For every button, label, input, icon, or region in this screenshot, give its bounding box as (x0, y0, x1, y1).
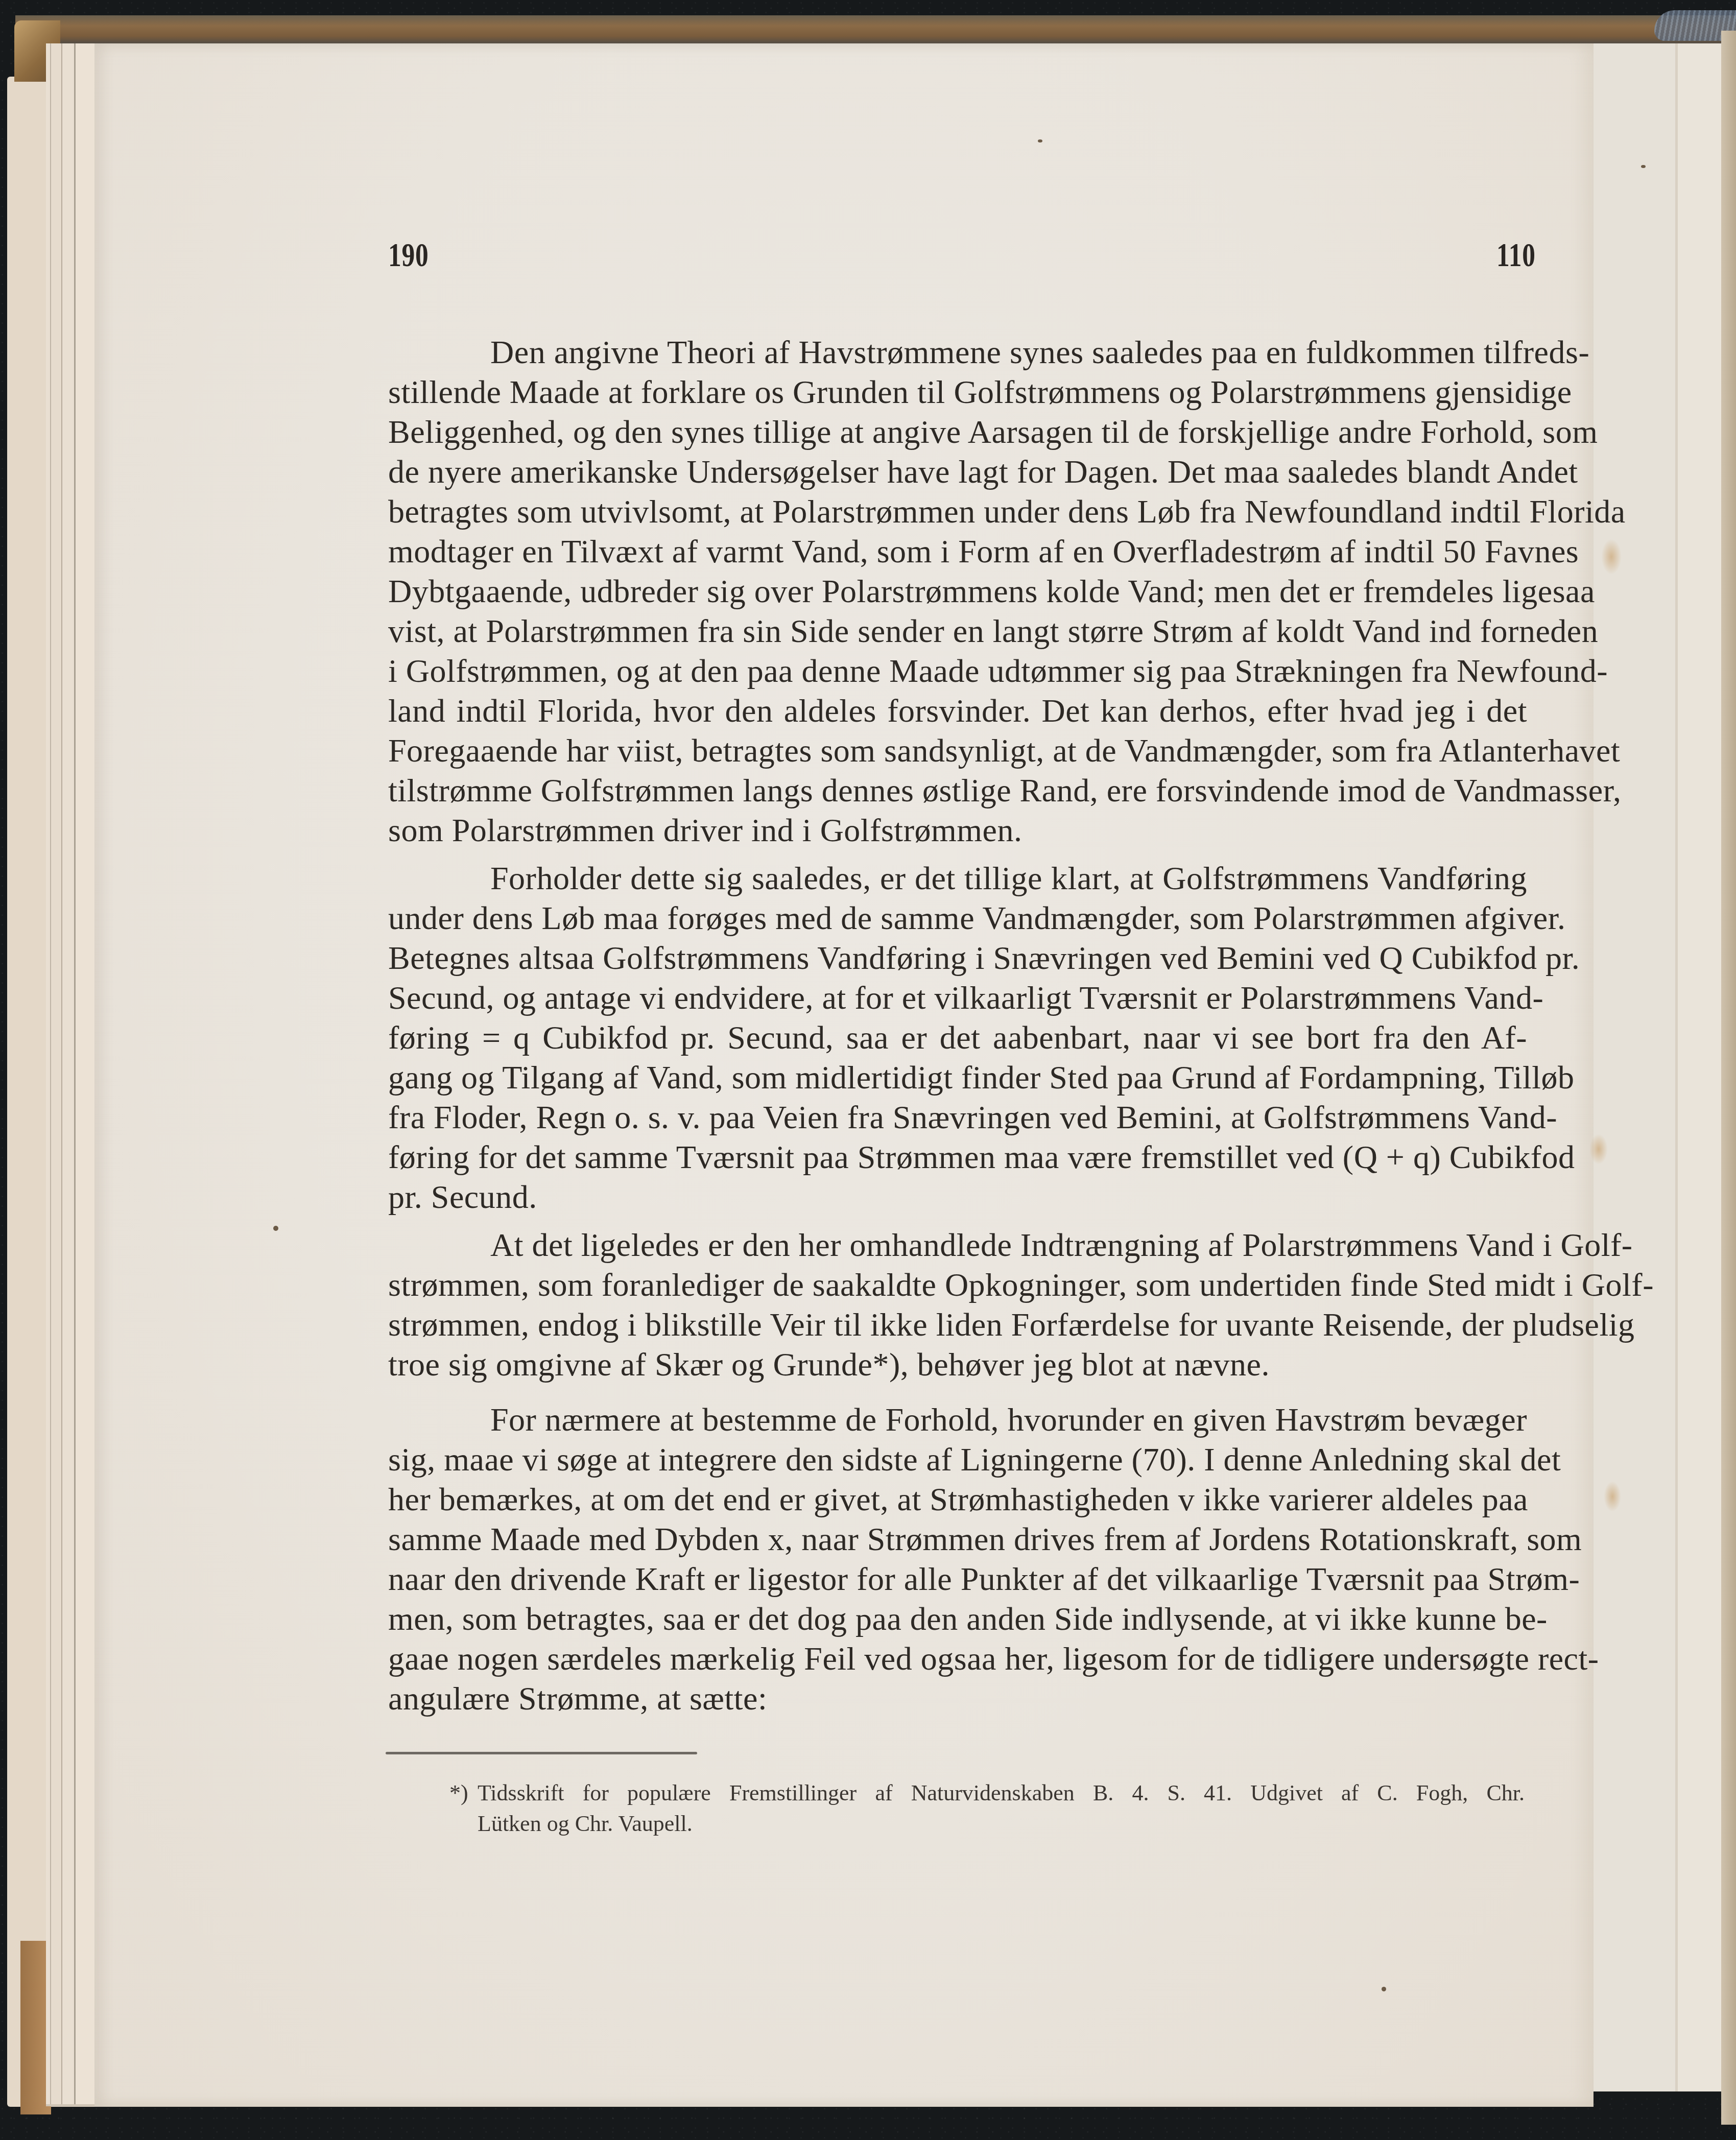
text-line: angulære Strømme, at sætte: (388, 1678, 1527, 1719)
page-stack-edges (46, 43, 97, 2106)
text-line: Beliggenhed, og den synes tillige at ang… (388, 412, 1527, 453)
foxing-stain (1601, 539, 1622, 575)
text-line: Betegnes altsaa Golfstrømmens Vandføring… (388, 938, 1527, 979)
text-line: i Golfstrømmen, og at den paa denne Maad… (388, 651, 1527, 692)
text-line: fra Floder, Regn o. s. v. paa Veien fra … (388, 1097, 1527, 1138)
text-line: land indtil Florida, hvor den aldeles fo… (388, 691, 1527, 731)
paper-speck (1382, 1987, 1386, 1991)
text-line: Foregaaende har viist, betragtes som san… (388, 730, 1527, 771)
text-line: At det ligeledes er den her omhandlede I… (388, 1225, 1527, 1266)
foxing-stain (1604, 1481, 1621, 1512)
text-line: føring = q Cubikfod pr. Secund, saa er d… (388, 1017, 1527, 1058)
footnote-marker: *) (449, 1778, 468, 1808)
text-line: strømmen, endog i blikstille Veir til ik… (388, 1304, 1527, 1345)
page-number-left: 190 (388, 236, 429, 275)
text-line: pr. Secund. (388, 1177, 1527, 1218)
text-line: naar den drivende Kraft er ligestor for … (388, 1559, 1527, 1600)
paper-speck (1641, 165, 1646, 168)
text-line: betragtes som utvivlsomt, at Polarstrømm… (388, 491, 1527, 532)
text-line: men, som betragtes, saa er det dog paa d… (388, 1599, 1527, 1639)
text-line: føring for det samme Tværsnit paa Strømm… (388, 1137, 1527, 1178)
paper-speck (1038, 139, 1042, 142)
text-line: Forholder dette sig saaledes, er det til… (388, 858, 1527, 899)
footnote-line: Lütken og Chr. Vaupell. (478, 1809, 1525, 1839)
text-line: For nærmere at bestemme de Forhold, hvor… (388, 1399, 1527, 1440)
book-cover-right-edge (1721, 31, 1736, 2125)
page-number-right: 110 (1496, 236, 1536, 275)
paper-speck (273, 1226, 278, 1231)
text-line: som Polarstrømmen driver ind i Golfstrøm… (388, 810, 1527, 851)
text-line: de nyere amerikanske Undersøgelser have … (388, 451, 1527, 492)
text-line: vist, at Polarstrømmen fra sin Side send… (388, 611, 1527, 652)
text-line: sig, maae vi søge at integrere den sidst… (388, 1439, 1527, 1480)
right-page-edges (1594, 43, 1721, 2091)
footnote-divider (386, 1752, 697, 1754)
text-line: under dens Løb maa forøges med de samme … (388, 898, 1527, 939)
text-line: gaae nogen særdeles mærkelig Feil ved og… (388, 1638, 1527, 1679)
text-line: Den angivne Theori af Havstrømmene synes… (388, 332, 1527, 373)
text-line: gang og Tilgang af Vand, som midlertidig… (388, 1057, 1527, 1098)
text-line: samme Maade med Dybden x, naar Strømmen … (388, 1519, 1527, 1560)
text-line: Dybtgaaende, udbreder sig over Polarstrø… (388, 571, 1527, 612)
text-line: tilstrømme Golfstrømmen langs dennes øst… (388, 770, 1527, 811)
text-line: her bemærkes, at om det end er givet, at… (388, 1479, 1527, 1520)
foxing-stain (1589, 1134, 1608, 1164)
text-line: modtager en Tilvæxt af varmt Vand, som i… (388, 531, 1527, 572)
text-line: Secund, og antage vi endvidere, at for e… (388, 978, 1527, 1018)
text-line: strømmen, som foranlediger de saakaldte … (388, 1265, 1527, 1305)
footnote-line: Tidsskrift for populære Fremstillinger a… (478, 1778, 1525, 1808)
text-line: troe sig omgivne af Skær og Grunde*), be… (388, 1344, 1527, 1385)
text-line: stillende Maade at forklare os Grunden t… (388, 372, 1527, 413)
